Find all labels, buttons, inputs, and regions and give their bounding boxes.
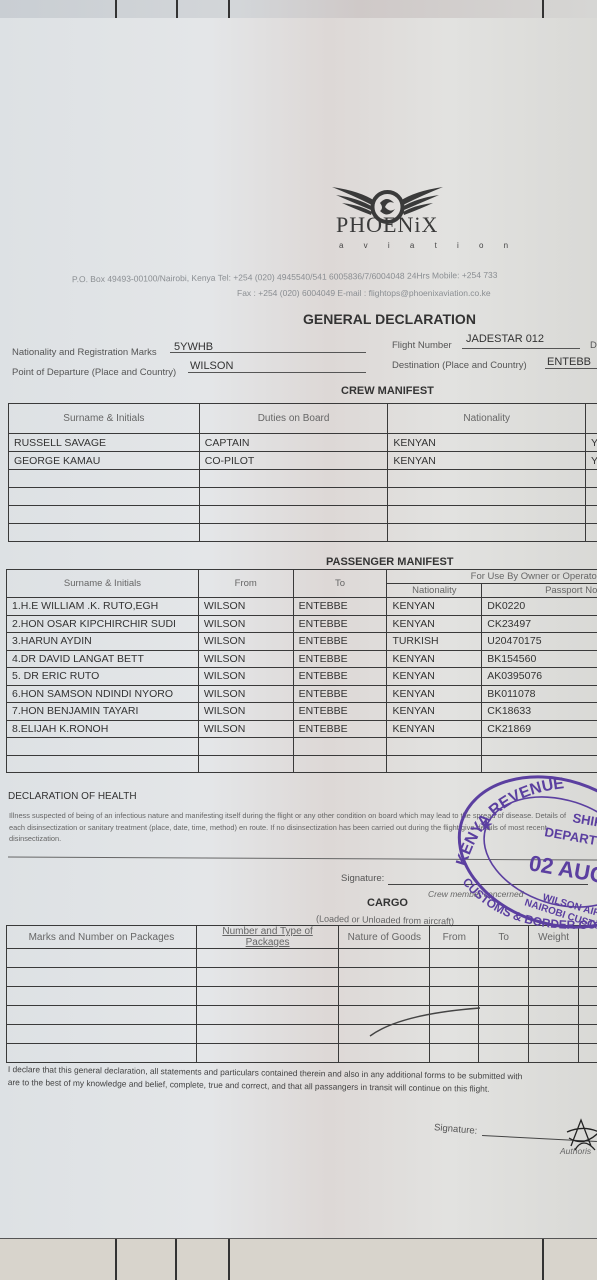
passenger-row-cell: KENYAN <box>387 650 482 668</box>
crew-header-name: Surname & Initials <box>9 404 200 434</box>
passenger-row-cell: WILSON <box>198 650 293 668</box>
crew-row-cell: KENYAN <box>388 434 586 452</box>
crew-row-cell: GEORGE KAMAU <box>9 452 200 470</box>
cargo-row-cell <box>529 1025 579 1044</box>
crew-row-cell <box>388 506 586 524</box>
passenger-row: 2.HON OSAR KIPCHIRCHIR SUDIWILSONENTEBBE… <box>7 615 597 633</box>
customs-stamp: KENYA REVENUE CUSTOMS & BORDER CONTROL S… <box>452 772 597 937</box>
cargo-row-cell <box>479 1044 529 1063</box>
crew-row <box>9 488 597 506</box>
crew-row <box>9 506 597 524</box>
passenger-row-cell: KENYAN <box>387 668 482 686</box>
passenger-row-cell <box>293 755 387 773</box>
crew-header-nationality: Nationality <box>388 404 586 434</box>
cargo-row-cell <box>529 1044 579 1063</box>
crew-row-cell <box>585 506 597 524</box>
passenger-row: 8.ELIJAH K.RONOHWILSONENTEBBEKENYANCK218… <box>7 720 597 738</box>
crew-row-cell: CO-PILOT <box>199 452 388 470</box>
cargo-row-cell <box>579 1044 597 1063</box>
destination-label: Destination (Place and Country) <box>392 360 527 371</box>
cargo-row-cell <box>529 968 579 987</box>
destination-value: ENTEBB <box>547 356 591 368</box>
company-address: P.O. Box 49493-00100/Nairobi, Kenya Tel:… <box>72 270 498 284</box>
passenger-row-cell: ENTEBBE <box>293 720 387 738</box>
cargo-row-cell <box>7 1025 197 1044</box>
passenger-row-cell: 4.DR DAVID LANGAT BETT <box>7 650 199 668</box>
cargo-row-cell <box>579 987 597 1006</box>
handwritten-signature <box>565 1116 597 1156</box>
crew-manifest-table: Surname & Initials Duties on Board Natio… <box>8 403 597 542</box>
passenger-row-cell: CK18633 <box>482 703 597 721</box>
crew-row-cell <box>199 470 388 488</box>
stamp-date: 02 AUG 2 <box>527 850 597 891</box>
passenger-row-cell: CK21869 <box>482 720 597 738</box>
passenger-row-cell: ENTEBBE <box>293 703 387 721</box>
passenger-row-cell: WILSON <box>198 703 293 721</box>
pax-header-to: To <box>293 570 387 598</box>
tick-mark <box>176 0 178 20</box>
passenger-row-cell <box>387 755 482 773</box>
cargo-header-nature: Nature of Goods <box>339 926 430 949</box>
cargo-row <box>7 1044 597 1063</box>
cargo-row <box>7 987 597 1006</box>
passenger-row-cell: WILSON <box>198 633 293 651</box>
declaration-signature-label: Signature: <box>434 1122 478 1137</box>
passenger-row-cell: ENTEBBE <box>293 685 387 703</box>
cargo-row-cell <box>196 987 339 1006</box>
passenger-row-cell: DK0220 <box>482 598 597 616</box>
passenger-row-cell: WILSON <box>198 685 293 703</box>
crew-row-cell <box>585 470 597 488</box>
cargo-row-cell <box>479 987 529 1006</box>
cargo-row-cell <box>479 1025 529 1044</box>
stamp-shift: SHIFT <box>571 810 597 831</box>
cut-off-label: D <box>590 340 597 351</box>
passenger-row-cell: TURKISH <box>387 633 482 651</box>
crew-row: GEORGE KAMAUCO-PILOTKENYANY <box>9 452 597 470</box>
passenger-row-cell: KENYAN <box>387 685 482 703</box>
crew-row-cell: CAPTAIN <box>199 434 388 452</box>
stamp-departure: DEPARTURE <box>543 824 597 853</box>
passenger-row: 6.HON SAMSON NDINDI NYOROWILSONENTEBBEKE… <box>7 685 597 703</box>
cargo-row-cell <box>339 968 430 987</box>
pax-header-name: Surname & Initials <box>7 570 199 598</box>
passenger-row-cell: ENTEBBE <box>293 650 387 668</box>
departure-value: WILSON <box>190 360 233 372</box>
cargo-table: Marks and Number on Packages Number and … <box>6 925 597 1063</box>
crew-row-cell: RUSSELL SAVAGE <box>9 434 200 452</box>
cargo-row-cell <box>430 1044 479 1063</box>
passenger-row: 1.H.E WILLIAM .K. RUTO,EGHWILSONENTEBBEK… <box>7 598 597 616</box>
passenger-row-cell <box>293 738 387 756</box>
declaration-sheet: PHOENiX a v i a t i o n P.O. Box 49493-0… <box>0 18 597 1273</box>
cargo-row-cell <box>7 1044 197 1063</box>
cargo-row-cell <box>529 987 579 1006</box>
crew-row-cell <box>9 470 200 488</box>
background-strip-bottom <box>0 1238 597 1280</box>
cargo-row <box>7 949 597 968</box>
passenger-row-cell: KENYAN <box>387 598 482 616</box>
passenger-row-cell: 1.H.E WILLIAM .K. RUTO,EGH <box>7 598 199 616</box>
passenger-row-cell: AK0395076 <box>482 668 597 686</box>
cargo-row-cell <box>529 1006 579 1025</box>
passenger-row-cell: BK011078 <box>482 685 597 703</box>
declaration-statement: I declare that this general declaration,… <box>8 1063 597 1097</box>
passenger-row-cell <box>198 755 293 773</box>
passenger-row-cell: WILSON <box>198 668 293 686</box>
cargo-row-cell <box>7 968 197 987</box>
crew-row-cell <box>9 524 200 542</box>
passenger-row-cell <box>7 755 199 773</box>
passenger-row-cell: WILSON <box>198 720 293 738</box>
cargo-row-cell <box>430 968 479 987</box>
cargo-row-cell <box>196 1006 339 1025</box>
registration-label: Nationality and Registration Marks <box>12 347 157 358</box>
departure-underline <box>188 372 366 373</box>
passenger-row-cell <box>482 738 597 756</box>
cargo-row-cell <box>579 1025 597 1044</box>
crew-manifest-title: CREW MANIFEST <box>341 385 434 397</box>
crew-row: RUSSELL SAVAGECAPTAINKENYANY <box>9 434 597 452</box>
crew-row <box>9 524 597 542</box>
page-title: GENERAL DECLARATION <box>303 311 476 327</box>
cargo-header-type: Number and Type of Packages <box>196 926 339 949</box>
cargo-row-cell <box>7 1006 197 1025</box>
passenger-row <box>7 738 597 756</box>
crew-header-extra <box>585 404 597 434</box>
passenger-row-cell <box>387 738 482 756</box>
passenger-row: 3.HARUN AYDINWILSONENTEBBETURKISHU204701… <box>7 633 597 651</box>
pax-header-from: From <box>198 570 293 598</box>
cargo-row-cell <box>7 949 197 968</box>
cargo-row-cell <box>196 1044 339 1063</box>
cancel-stroke-mark <box>360 1000 480 1040</box>
passenger-row-cell: CK23497 <box>482 615 597 633</box>
tick-mark <box>542 1239 544 1280</box>
destination-underline <box>545 368 597 369</box>
passenger-row-cell: KENYAN <box>387 615 482 633</box>
company-tagline: a v i a t i o n <box>339 241 517 250</box>
flight-number-label: Flight Number <box>392 340 452 351</box>
passenger-row-cell: ENTEBBE <box>293 615 387 633</box>
passenger-row-cell: 3.HARUN AYDIN <box>7 633 199 651</box>
tick-mark <box>115 0 117 20</box>
cargo-row-cell <box>339 1044 430 1063</box>
tick-mark <box>228 0 230 20</box>
health-signature-label: Signature: <box>341 873 384 884</box>
passenger-row: 5. DR ERIC RUTOWILSONENTEBBEKENYANAK0395… <box>7 668 597 686</box>
cargo-header-marks: Marks and Number on Packages <box>7 926 197 949</box>
cargo-row-cell <box>7 987 197 1006</box>
company-contact: Fax : +254 (020) 6004049 E-mail : flight… <box>237 288 491 298</box>
passenger-row-cell: 5. DR ERIC RUTO <box>7 668 199 686</box>
crew-row-cell <box>9 506 200 524</box>
crew-row-cell <box>388 470 586 488</box>
passenger-row-cell: KENYAN <box>387 720 482 738</box>
crew-row-cell <box>388 488 586 506</box>
crew-row-cell: KENYAN <box>388 452 586 470</box>
passenger-row-cell: ENTEBBE <box>293 598 387 616</box>
passenger-row-cell: BK154560 <box>482 650 597 668</box>
passenger-row: 7.HON BENJAMIN TAYARIWILSONENTEBBEKENYAN… <box>7 703 597 721</box>
flight-number-underline <box>462 348 580 349</box>
passenger-row-cell: WILSON <box>198 598 293 616</box>
passenger-row-cell: 6.HON SAMSON NDINDI NYORO <box>7 685 199 703</box>
cargo-row-cell <box>529 949 579 968</box>
crew-row-cell <box>585 524 597 542</box>
cargo-row <box>7 968 597 987</box>
pax-header-nationality: Nationality <box>387 584 482 598</box>
pax-header-operator-group: For Use By Owner or Operator <box>387 570 597 584</box>
registration-underline <box>170 352 366 353</box>
passenger-row-cell: ENTEBBE <box>293 668 387 686</box>
cargo-row-cell <box>339 949 430 968</box>
passenger-row-cell: ENTEBBE <box>293 633 387 651</box>
passenger-row-cell: 8.ELIJAH K.RONOH <box>7 720 199 738</box>
stamp-star: ★ <box>480 817 493 833</box>
passenger-row-cell <box>198 738 293 756</box>
crew-row-cell <box>199 506 388 524</box>
cargo-row-cell <box>479 949 529 968</box>
cargo-row-cell <box>196 949 339 968</box>
crew-row-cell <box>199 524 388 542</box>
passenger-row-cell <box>482 755 597 773</box>
passenger-row-cell: 2.HON OSAR KIPCHIRCHIR SUDI <box>7 615 199 633</box>
flight-number-value: JADESTAR 012 <box>466 333 544 345</box>
cargo-row-cell <box>196 1025 339 1044</box>
passenger-row <box>7 755 597 773</box>
cargo-row <box>7 1006 597 1025</box>
crew-row-cell: Y <box>585 452 597 470</box>
tick-mark <box>542 0 544 20</box>
pax-header-passport: Passport No. <box>482 584 597 598</box>
cargo-row-cell <box>196 968 339 987</box>
health-declaration-title: DECLARATION OF HEALTH <box>8 791 137 802</box>
crew-row <box>9 470 597 488</box>
passenger-row-cell: 7.HON BENJAMIN TAYARI <box>7 703 199 721</box>
passenger-row-cell <box>7 738 199 756</box>
tick-mark <box>115 1239 117 1280</box>
crew-header-duties: Duties on Board <box>199 404 388 434</box>
departure-label: Point of Departure (Place and Country) <box>12 367 176 378</box>
passenger-row-cell: WILSON <box>198 615 293 633</box>
cargo-row-cell <box>579 968 597 987</box>
cargo-title: CARGO <box>367 897 408 909</box>
company-name: PHOENiX <box>336 212 438 238</box>
crew-row-cell <box>199 488 388 506</box>
cargo-row-cell <box>579 1006 597 1025</box>
passenger-manifest-title: PASSENGER MANIFEST <box>326 556 454 568</box>
crew-row-cell <box>585 488 597 506</box>
passenger-row-cell: KENYAN <box>387 703 482 721</box>
passenger-row-cell: U20470175 <box>482 633 597 651</box>
tick-mark <box>175 1239 177 1280</box>
passenger-manifest-table: Surname & Initials From To For Use By Ow… <box>6 569 597 773</box>
cargo-row-cell <box>430 949 479 968</box>
crew-row-cell <box>9 488 200 506</box>
crew-row-cell: Y <box>585 434 597 452</box>
tick-mark <box>228 1239 230 1280</box>
passenger-row: 4.DR DAVID LANGAT BETTWILSONENTEBBEKENYA… <box>7 650 597 668</box>
crew-row-cell <box>388 524 586 542</box>
cargo-row-cell <box>579 949 597 968</box>
cargo-row <box>7 1025 597 1044</box>
cargo-row-cell <box>479 968 529 987</box>
cargo-row-cell <box>479 1006 529 1025</box>
